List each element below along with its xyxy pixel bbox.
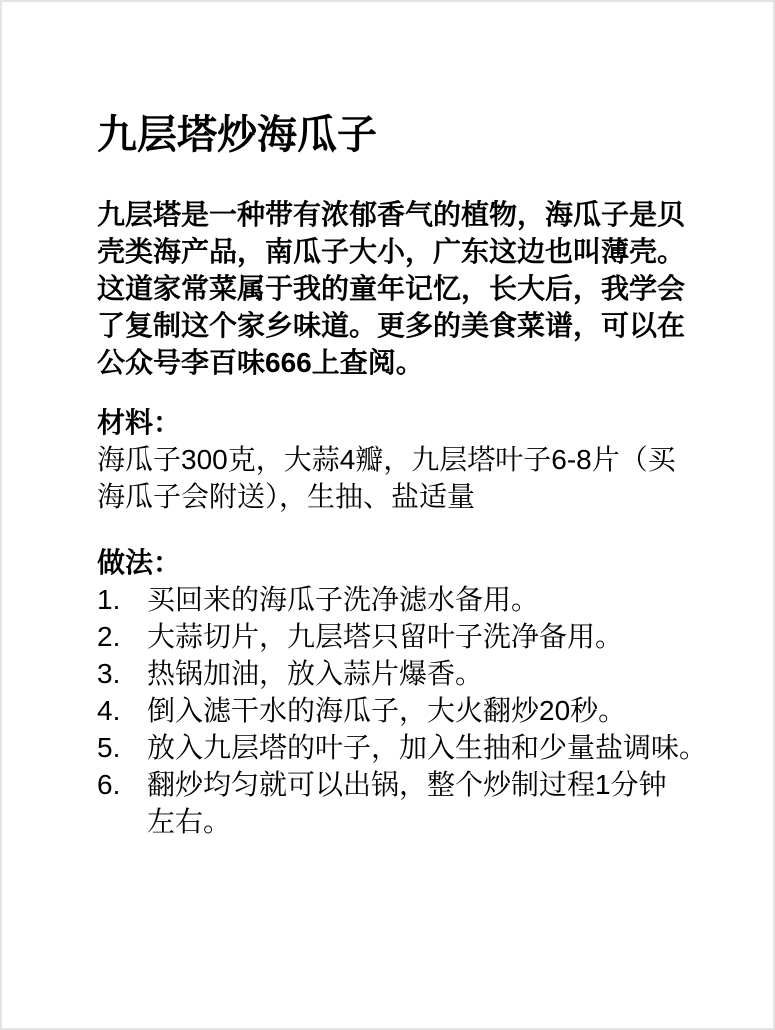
step-item: 4. 倒入滤干水的海瓜子，大火翻炒20秒。 (97, 692, 718, 729)
step-number: 2. (97, 618, 147, 655)
step-number: 5. (97, 729, 147, 766)
document-page: 九层塔炒海瓜子 九层塔是一种带有浓郁香气的植物，海瓜子是贝 壳类海产品，南瓜子大… (0, 0, 775, 1030)
materials-text: 海瓜子300克，大蒜4瓣，九层塔叶子6-8片（买 海瓜子会附送），生抽、盐适量 (97, 441, 718, 515)
step-item: 3. 热锅加油，放入蒜片爆香。 (97, 655, 718, 692)
step-item: 6. 翻炒均匀就可以出锅，整个炒制过程1分钟 左右。 (97, 766, 718, 840)
step-text: 大蒜切片，九层塔只留叶子洗净备用。 (147, 618, 623, 655)
steps-heading: 做法： (97, 544, 718, 581)
intro-paragraph: 九层塔是一种带有浓郁香气的植物，海瓜子是贝 壳类海产品，南瓜子大小，广东这边也叫… (97, 196, 718, 381)
materials-heading: 材料： (97, 404, 718, 441)
step-item: 5. 放入九层塔的叶子，加入生抽和少量盐调味。 (97, 729, 718, 766)
step-number: 3. (97, 655, 147, 692)
step-text: 买回来的海瓜子洗净滤水备用。 (147, 581, 539, 618)
step-number: 1. (97, 581, 147, 618)
step-number: 4. (97, 692, 147, 729)
step-text: 翻炒均匀就可以出锅，整个炒制过程1分钟 左右。 (147, 766, 667, 840)
step-text: 热锅加油，放入蒜片爆香。 (147, 655, 483, 692)
step-number: 6. (97, 766, 147, 840)
step-text: 放入九层塔的叶子，加入生抽和少量盐调味。 (147, 729, 707, 766)
step-item: 2. 大蒜切片，九层塔只留叶子洗净备用。 (97, 618, 718, 655)
step-text: 倒入滤干水的海瓜子，大火翻炒20秒。 (147, 692, 626, 729)
step-item: 1. 买回来的海瓜子洗净滤水备用。 (97, 581, 718, 618)
steps-list: 1. 买回来的海瓜子洗净滤水备用。 2. 大蒜切片，九层塔只留叶子洗净备用。 3… (97, 581, 718, 840)
recipe-title: 九层塔炒海瓜子 (97, 112, 718, 158)
